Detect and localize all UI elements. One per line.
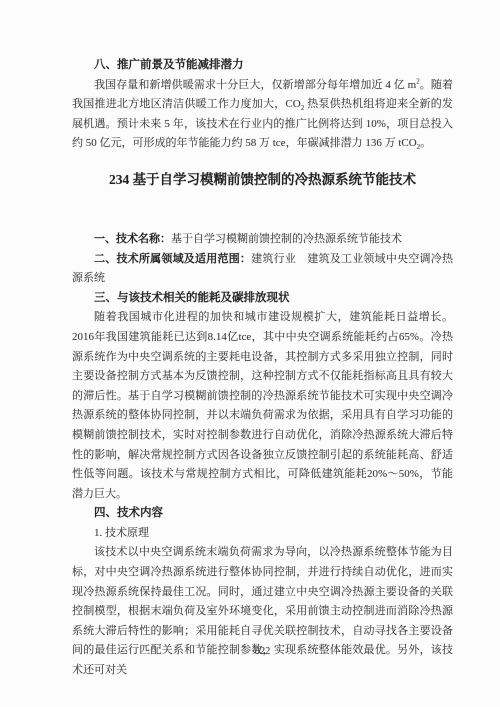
section-heading-energy-status: 三、与该技术相关的能耗及碳排放现状 [72,289,453,309]
page-content: 八、推广前景及节能减排潜力 我国存量和新增供暖需求十分巨大，仅新增部分每年增加近… [72,56,453,681]
section-heading-tech-content: 四、技术内容 [72,504,453,524]
document-page: 八、推广前景及节能减排潜力 我国存量和新增供暖需求十分巨大，仅新增部分每年增加近… [0,0,500,707]
section-heading-promotion: 八、推广前景及节能减排潜力 [72,56,453,76]
section-label-field-scope: 二、技术所属领域及适用范围： [94,253,251,265]
page-number: 822 [72,646,453,657]
paragraph-energy-status: 随着我国城市化进程的加快和城市建设规模扩大，建筑能耗日益增长。2016年我国建筑… [72,308,453,504]
tech-name-text: 基于自学习模糊前馈控制的冷热源系统节能技术 [171,233,402,245]
paragraph-text: 我国存量和新增供暖需求十分巨大，仅新增部分每年增加近 4 亿 m [94,79,416,91]
paragraph-tech-principle: 该技术以中央空调系统末端负荷需求为导向，以冷热源系统整体节能为目标，对中央空调冷… [72,543,453,680]
tech-name-line: 一、技术名称：基于自学习模糊前馈控制的冷热源系统节能技术 [72,230,453,250]
field-scope-line: 二、技术所属领域及适用范围：建筑行业 建筑及工业领域中央空调冷热源系统 [72,250,453,289]
section-label-tech-name: 一、技术名称： [94,233,171,245]
article-title: 234 基于自学习模糊前馈控制的冷热源系统节能技术 [72,168,453,192]
paragraph-promotion: 我国存量和新增供暖需求十分巨大，仅新增部分每年增加近 4 亿 m2。随着我国推进… [72,76,453,154]
paragraph-text: 。 [420,137,431,149]
subheading-tech-principle: 1. 技术原理 [72,524,453,544]
